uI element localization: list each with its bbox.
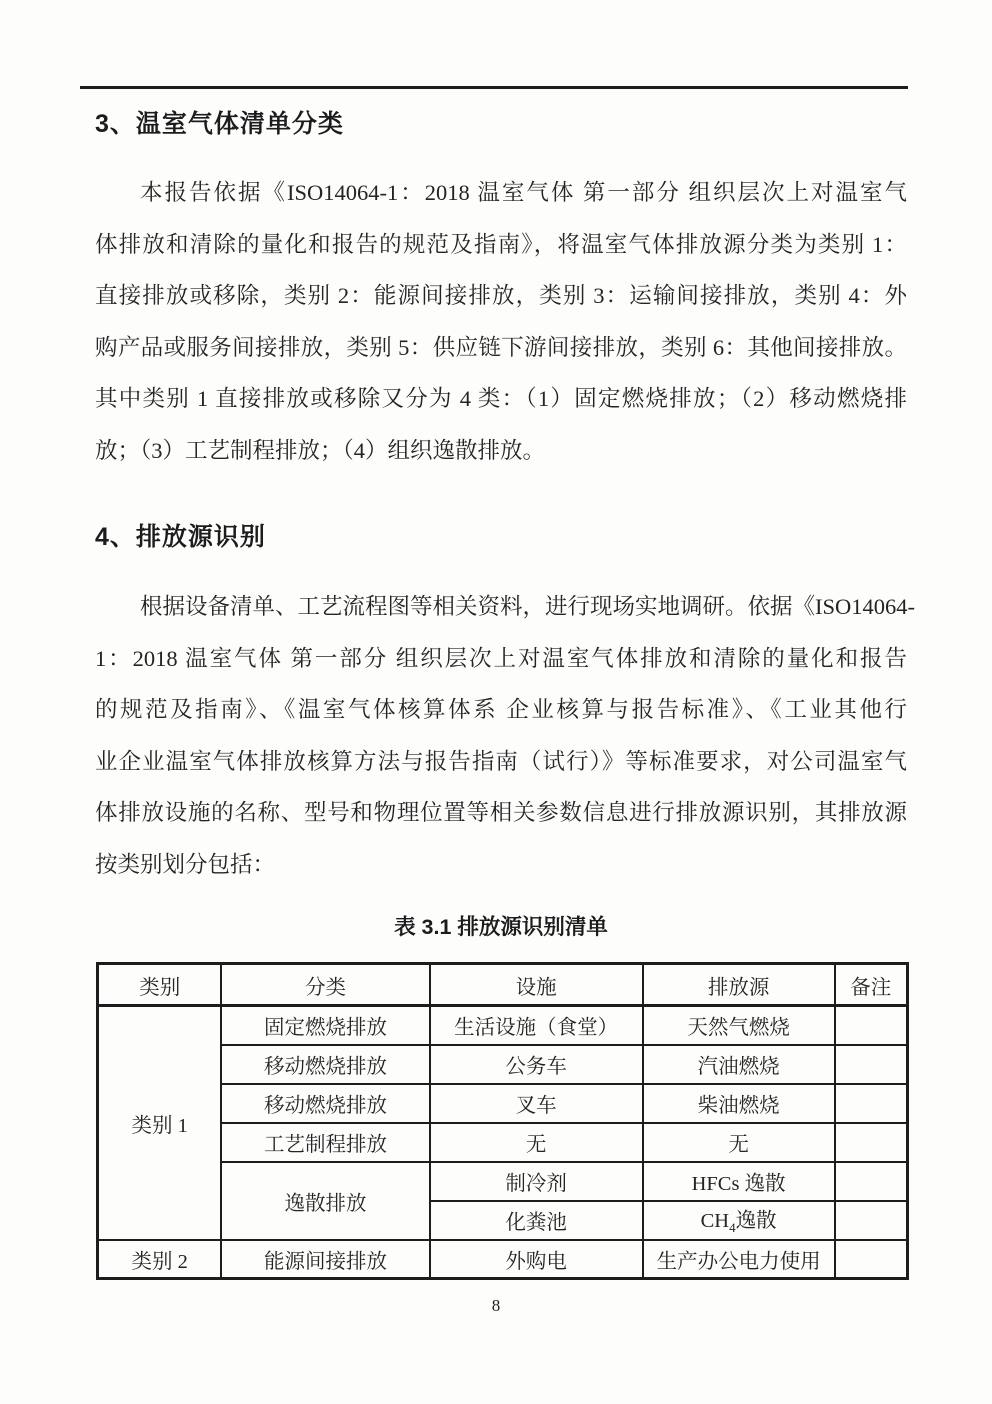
cell-note xyxy=(835,1084,908,1123)
cell-classification: 固定燃烧排放 xyxy=(221,1006,429,1045)
paragraph-line: 直接排放或移除，类别 2：能源间接排放，类别 3：运输间接排放，类别 4：外 xyxy=(95,270,907,322)
table-row: 类别 1 固定燃烧排放 生活设施（食堂） 天然气燃烧 xyxy=(98,1006,908,1045)
header-classification: 分类 xyxy=(221,964,429,1006)
paragraph-line: 体排放设施的名称、型号和物理位置等相关参数信息进行排放源识别，其排放源 xyxy=(95,787,907,839)
cell-source: 无 xyxy=(643,1123,835,1162)
cell-note xyxy=(835,1123,908,1162)
header-rule xyxy=(80,86,908,90)
paragraph-line: 按类别划分包括： xyxy=(95,839,907,891)
document-page: 3、温室气体清单分类 本报告依据《ISO14064-1：2018 温室气体 第一… xyxy=(0,0,992,1404)
paragraph-line: 1：2018 温室气体 第一部分 组织层次上对温室气体排放和清除的量化和报告 xyxy=(95,633,907,685)
cell-facility: 外购电 xyxy=(430,1240,643,1279)
cell-classification: 移动燃烧排放 xyxy=(221,1084,429,1123)
paragraph-line: 其中类别 1 直接排放或移除又分为 4 类：（1）固定燃烧排放；（2）移动燃烧排 xyxy=(95,373,907,425)
cell-facility: 无 xyxy=(430,1123,643,1162)
cell-facility: 叉车 xyxy=(430,1084,643,1123)
cell-note xyxy=(835,1201,908,1240)
cell-facility: 生活设施（食堂） xyxy=(430,1006,643,1045)
cell-classification: 移动燃烧排放 xyxy=(221,1045,429,1084)
cell-note xyxy=(835,1006,908,1045)
cell-note xyxy=(835,1162,908,1201)
cell-source: 汽油燃烧 xyxy=(643,1045,835,1084)
header-category: 类别 xyxy=(98,964,222,1006)
cell-facility: 公务车 xyxy=(430,1045,643,1084)
cell-source: 天然气燃烧 xyxy=(643,1006,835,1045)
cell-category-2: 类别 2 xyxy=(98,1240,222,1279)
header-emission-source: 排放源 xyxy=(643,964,835,1006)
paragraph-section-4: 根据设备清单、工艺流程图等相关资料，进行现场实地调研。依据《ISO14064- … xyxy=(95,581,907,891)
cell-category-1: 类别 1 xyxy=(98,1006,222,1240)
paragraph-line: 业企业温室气体排放核算方法与报告指南（试行）》等标准要求，对公司温室气 xyxy=(95,736,907,788)
table-row: 类别 2 能源间接排放 外购电 生产办公电力使用 xyxy=(98,1240,908,1279)
cell-classification: 工艺制程排放 xyxy=(221,1123,429,1162)
chemical-formula-base: CH xyxy=(701,1210,729,1232)
table-title: 表 3.1 排放源识别清单 xyxy=(95,910,907,941)
cell-note xyxy=(835,1240,908,1279)
cell-source: CH4逸散 xyxy=(643,1201,835,1240)
cell-facility: 化粪池 xyxy=(430,1201,643,1240)
chemical-formula-rest: 逸散 xyxy=(736,1210,777,1232)
header-note: 备注 xyxy=(835,964,908,1006)
paragraph-line: 体排放和清除的量化和报告的规范及指南》，将温室气体排放源分类为类别 1： xyxy=(95,219,907,271)
cell-facility: 制冷剂 xyxy=(430,1162,643,1201)
paragraph-line: 的规范及指南》、《温室气体核算体系 企业核算与报告标准》、《工业其他行 xyxy=(95,684,907,736)
cell-source: 生产办公电力使用 xyxy=(643,1240,835,1279)
section-heading-4: 4、排放源识别 xyxy=(95,517,907,553)
header-facility: 设施 xyxy=(430,964,643,1006)
cell-source: 柴油燃烧 xyxy=(643,1084,835,1123)
page-number: 8 xyxy=(0,1296,992,1316)
cell-classification: 逸散排放 xyxy=(221,1162,429,1240)
cell-source: HFCs 逸散 xyxy=(643,1162,835,1201)
cell-note xyxy=(835,1045,908,1084)
paragraph-line: 根据设备清单、工艺流程图等相关资料，进行现场实地调研。依据《ISO14064- xyxy=(95,581,907,633)
paragraph-section-3: 本报告依据《ISO14064-1：2018 温室气体 第一部分 组织层次上对温室… xyxy=(95,167,907,477)
section-heading-3: 3、温室气体清单分类 xyxy=(95,104,907,140)
paragraph-line: 放；（3）工艺制程排放；（4）组织逸散排放。 xyxy=(95,425,907,477)
table-header-row: 类别 分类 设施 排放源 备注 xyxy=(98,964,908,1006)
cell-classification: 能源间接排放 xyxy=(221,1240,429,1279)
paragraph-line: 购产品或服务间接排放，类别 5：供应链下游间接排放，类别 6：其他间接排放。 xyxy=(95,322,907,374)
paragraph-line: 本报告依据《ISO14064-1：2018 温室气体 第一部分 组织层次上对温室… xyxy=(95,167,907,219)
emission-source-table: 类别 分类 设施 排放源 备注 类别 1 固定燃烧排放 生活设施（食堂） 天然气… xyxy=(96,962,909,1280)
